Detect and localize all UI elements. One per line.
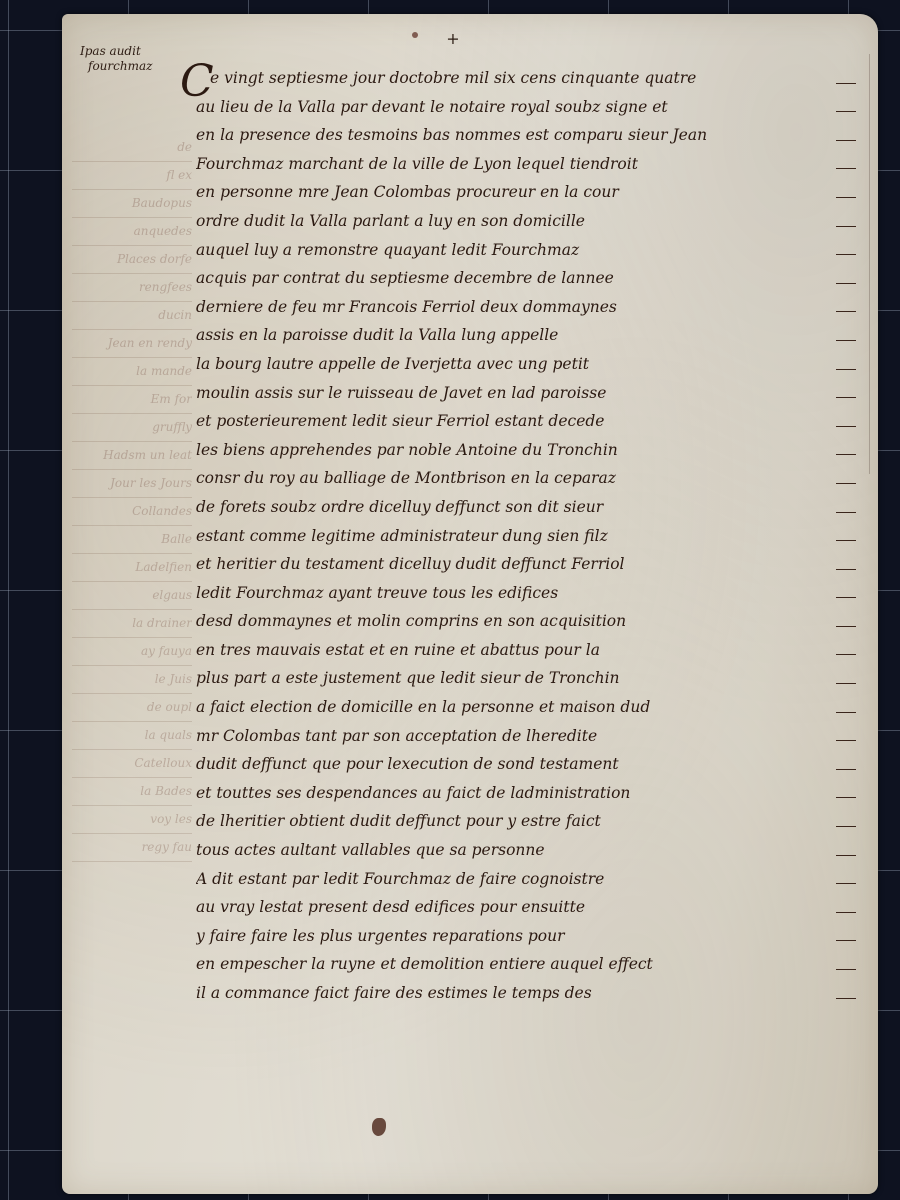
bleed-line: Baudopus [72,190,192,218]
manuscript-line: au vray lestat present desd edifices pou… [196,893,856,922]
manuscript-line: acquis par contrat du septiesme decembre… [196,264,856,293]
manuscript-body: e vingt septiesme jour doctobre mil six … [196,64,856,1008]
manuscript-line: y faire faire les plus urgentes reparati… [196,922,856,951]
bleed-line: elgaus [72,582,192,610]
ink-blot-bottom [372,1118,386,1136]
bleed-line: Hadsm un leat [72,442,192,470]
manuscript-line: derniere de feu mr Francois Ferriol deux… [196,293,856,322]
manuscript-line: Fourchmaz marchant de la ville de Lyon l… [196,150,856,179]
bleed-line: la quals [72,722,192,750]
bleed-line: voy les [72,806,192,834]
manuscript-line: et heritier du testament dicelluy dudit … [196,550,856,579]
manuscript-line: assis en la paroisse dudit la Valla lung… [196,321,856,350]
page-edge-fold [865,54,870,474]
bleed-line: de oupl [72,694,192,722]
manuscript-line: estant comme legitime administrateur dun… [196,522,856,551]
ink-blot-top [412,32,418,38]
bleed-line: anquedes [72,218,192,246]
manuscript-line: et touttes ses despendances au faict de … [196,779,856,808]
bleed-line: la Bades [72,778,192,806]
manuscript-line: tous actes aultant vallables que sa pers… [196,836,856,865]
bleed-line: Balle [72,526,192,554]
bleed-line: Jean en rendy [72,330,192,358]
manuscript-line: au lieu de la Valla par devant le notair… [196,93,856,122]
manuscript-line: plus part a este justement que ledit sie… [196,664,856,693]
manuscript-line: les biens apprehendes par noble Antoine … [196,436,856,465]
manuscript-line: ledit Fourchmaz ayant treuve tous les ed… [196,579,856,608]
manuscript-line: a faict election de domicille en la pers… [196,693,856,722]
bleed-line: la drainer [72,610,192,638]
bleed-line: la mande [72,358,192,386]
bleed-line: Places dorfe [72,246,192,274]
manuscript-line: et posterieurement ledit sieur Ferriol e… [196,407,856,436]
manuscript-line: dudit deffunct que pour lexecution de so… [196,750,856,779]
bleed-line: ducin [72,302,192,330]
bleed-line: Jour les Jours [72,470,192,498]
bleed-line: rengfees [72,274,192,302]
manuscript-line: de forets soubz ordre dicelluy deffunct … [196,493,856,522]
bleed-line: de [72,134,192,162]
bleed-line: gruffly [72,414,192,442]
manuscript-line: consr du roy au balliage de Montbrison e… [196,464,856,493]
manuscript-line: de lheritier obtient dudit deffunct pour… [196,807,856,836]
manuscript-line: la bourg lautre appelle de Iverjetta ave… [196,350,856,379]
manuscript-line: il a commance faict faire des estimes le… [196,979,856,1008]
bleed-line: Ladelfien [72,554,192,582]
manuscript-line: en personne mre Jean Colombas procureur … [196,178,856,207]
bleed-line: Catelloux [72,750,192,778]
manuscript-line: en tres mauvais estat et en ruine et aba… [196,636,856,665]
manuscript-line: mr Colombas tant par son acceptation de … [196,722,856,751]
manuscript-line: ordre dudit la Valla parlant a luy en so… [196,207,856,236]
bleed-line: Collandes [72,498,192,526]
manuscript-line: e vingt septiesme jour doctobre mil six … [196,64,856,93]
manuscript-page: + Ipas audit fourchmaz de fl ex Baudopus… [62,14,878,1194]
manuscript-line: en la presence des tesmoins bas nommes e… [196,121,856,150]
manuscript-line: en empescher la ruyne et demolition enti… [196,950,856,979]
bleed-line: fl ex [72,162,192,190]
header-cross-mark: + [428,32,478,46]
bleed-line: Em for [72,386,192,414]
manuscript-line: moulin assis sur le ruisseau de Javet en… [196,379,856,408]
manuscript-line: desd dommaynes et molin comprins en son … [196,607,856,636]
bleed-through-text: de fl ex Baudopus anquedes Places dorfe … [72,134,192,1014]
bleed-line: le Juis [72,666,192,694]
bleed-line: ay fauya [72,638,192,666]
manuscript-line: auquel luy a remonstre quayant ledit Fou… [196,236,856,265]
bleed-line: regy fau [72,834,192,862]
manuscript-line: A dit estant par ledit Fourchmaz de fair… [196,865,856,894]
